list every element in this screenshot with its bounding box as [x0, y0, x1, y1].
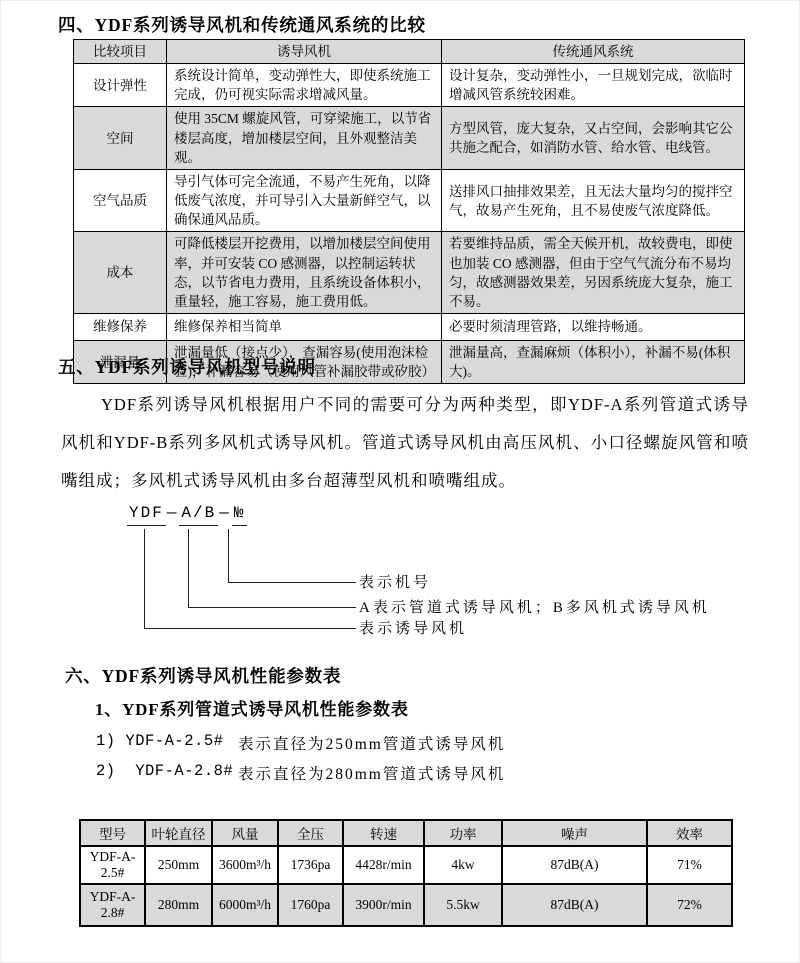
table-cell: 3600m³/h — [212, 846, 278, 884]
model-note-desc: 表示直径为280mm管道式诱导风机 — [238, 762, 505, 784]
table-row: 维修保养 维修保养相当简单 必要时须清理管路，以维持畅通。 — [74, 314, 745, 341]
table-cell: 1736pa — [278, 846, 343, 884]
table-cell: 方型风管，庞大复杂，又占空间，会影响其它公共施之配合，如消防水管、给水管、电线管… — [442, 107, 745, 169]
table-cell: 必要时须清理管路，以维持畅通。 — [442, 314, 745, 341]
table-row: 成本 可降低楼层开挖费用，以增加楼层空间使用率，并可安装 CO 感测器，以控制运… — [74, 232, 745, 314]
performance-table-header-row: 型号 叶轮直径 风量 全压 转速 功率 噪声 效率 — [80, 820, 732, 846]
row-label: 成本 — [74, 232, 167, 314]
table-cell: 71% — [647, 846, 732, 884]
table-row: 空间 使用 35CM 螺旋风管，可穿梁施工，以节省楼层高度，增加楼层空间，且外观… — [74, 107, 745, 169]
section4-heading: 四、YDF系列诱导风机和传统通风系统的比较 — [58, 12, 426, 37]
comparison-table: 比较项目 诱导风机 传统通风系统 设计弹性 系统设计简单，变动弹性大，即使系统施… — [73, 39, 745, 384]
table-row: YDF-A-2.5# 250mm 3600m³/h 1736pa 4428r/m… — [80, 846, 732, 884]
column-header: 诱导风机 — [167, 40, 442, 64]
table-cell: 导引气体可完全流通，不易产生死角，以降低废气浓度，并可导引入大量新鲜空气，以确保… — [167, 169, 442, 231]
column-header: 功率 — [424, 820, 502, 846]
table-cell: 6000m³/h — [212, 884, 278, 926]
table-cell: 3900r/min — [343, 884, 424, 926]
model-note-desc: 表示直径为250mm管道式诱导风机 — [238, 732, 505, 754]
table-cell: 87dB(A) — [502, 884, 647, 926]
table-cell: 送排风口抽排效果差，且无法大量均匀的搅拌空气，故易产生死角，且不易使废气浓度降低… — [442, 169, 745, 231]
column-header: 叶轮直径 — [145, 820, 212, 846]
connector-line-no — [228, 529, 356, 583]
section6-heading: 六、YDF系列诱导风机性能参数表 — [65, 663, 341, 688]
table-cell: 设计复杂，变动弹性小，一旦规划完成，欲临时增减风管系统较困难。 — [442, 64, 745, 107]
dash: — — [166, 504, 180, 522]
table-cell: 泄漏量高，查漏麻烦（体积小），补漏不易(体积大)。 — [442, 341, 745, 384]
model-segment-ydf: YDF — [127, 504, 166, 526]
model-note-code: 2) YDF-A-2.8# — [96, 762, 238, 784]
table-cell: YDF-A-2.8# — [80, 884, 145, 926]
model-note-code: 1) YDF-A-2.5# — [96, 732, 238, 754]
table-row: 空气品质 导引气体可完全流通，不易产生死角，以降低废气浓度，并可导引入大量新鲜空… — [74, 169, 745, 231]
dash: — — [218, 504, 232, 522]
model-note: 2) YDF-A-2.8#表示直径为280mm管道式诱导风机 — [96, 762, 505, 784]
table-cell: 72% — [647, 884, 732, 926]
table-cell: 4kw — [424, 846, 502, 884]
table-row: YDF-A-2.8# 280mm 6000m³/h 1760pa 3900r/m… — [80, 884, 732, 926]
diagram-label-fan: 表示诱导风机 — [359, 620, 467, 638]
model-note: 1) YDF-A-2.5#表示直径为250mm管道式诱导风机 — [96, 732, 505, 754]
table-cell: 系统设计简单，变动弹性大，即使系统施工完成，仍可视实际需求增减风量。 — [167, 64, 442, 107]
column-header: 转速 — [343, 820, 424, 846]
row-label: 空气品质 — [74, 169, 167, 231]
table-cell: 维修保养相当简单 — [167, 314, 442, 341]
column-header: 风量 — [212, 820, 278, 846]
column-header: 传统通风系统 — [442, 40, 745, 64]
column-header: 效率 — [647, 820, 732, 846]
column-header: 噪声 — [502, 820, 647, 846]
table-cell: 可降低楼层开挖费用，以增加楼层空间使用率，并可安装 CO 感测器，以控制运转状态… — [167, 232, 442, 314]
column-header: 比较项目 — [74, 40, 167, 64]
table-cell: 5.5kw — [424, 884, 502, 926]
table-cell: 87dB(A) — [502, 846, 647, 884]
section5-heading: 五、YDF系列诱导风机型号说明 — [58, 354, 316, 379]
row-label: 设计弹性 — [74, 64, 167, 107]
model-code: YDF—A/B—№ — [127, 504, 247, 522]
column-header: 型号 — [80, 820, 145, 846]
table-row: 设计弹性 系统设计简单，变动弹性大，即使系统施工完成，仍可视实际需求增减风量。 … — [74, 64, 745, 107]
table-cell: 280mm — [145, 884, 212, 926]
document-page: 四、YDF系列诱导风机和传统通风系统的比较 比较项目 诱导风机 传统通风系统 设… — [0, 0, 800, 963]
section6-subheading: 1、YDF系列管道式诱导风机性能参数表 — [95, 695, 409, 720]
diagram-label-type: A表示管道式诱导风机；B多风机式诱导风机 — [359, 599, 710, 617]
column-header: 全压 — [278, 820, 343, 846]
table-cell: 1760pa — [278, 884, 343, 926]
section5-paragraph: YDF系列诱导风机根据用户不同的需要可分为两种类型，即YDF-A系列管道式诱导风… — [61, 386, 749, 500]
table-cell: 若要维持品质，需全天候开机，故较费电，即使也加装 CO 感测器，但由于空气气流分… — [442, 232, 745, 314]
table-cell: 使用 35CM 螺旋风管，可穿梁施工，以节省楼层高度，增加楼层空间，且外观整洁美… — [167, 107, 442, 169]
row-label: 空间 — [74, 107, 167, 169]
performance-table: 型号 叶轮直径 风量 全压 转速 功率 噪声 效率 YDF-A-2.5# 250… — [79, 819, 733, 927]
table-cell: 250mm — [145, 846, 212, 884]
table-cell: YDF-A-2.5# — [80, 846, 145, 884]
model-segment-no: № — [232, 504, 248, 526]
diagram-label-machine-number: 表示机号 — [359, 574, 431, 592]
table-cell: 4428r/min — [343, 846, 424, 884]
model-segment-ab: A/B — [179, 504, 218, 526]
comparison-table-header-row: 比较项目 诱导风机 传统通风系统 — [74, 40, 745, 64]
row-label: 维修保养 — [74, 314, 167, 341]
